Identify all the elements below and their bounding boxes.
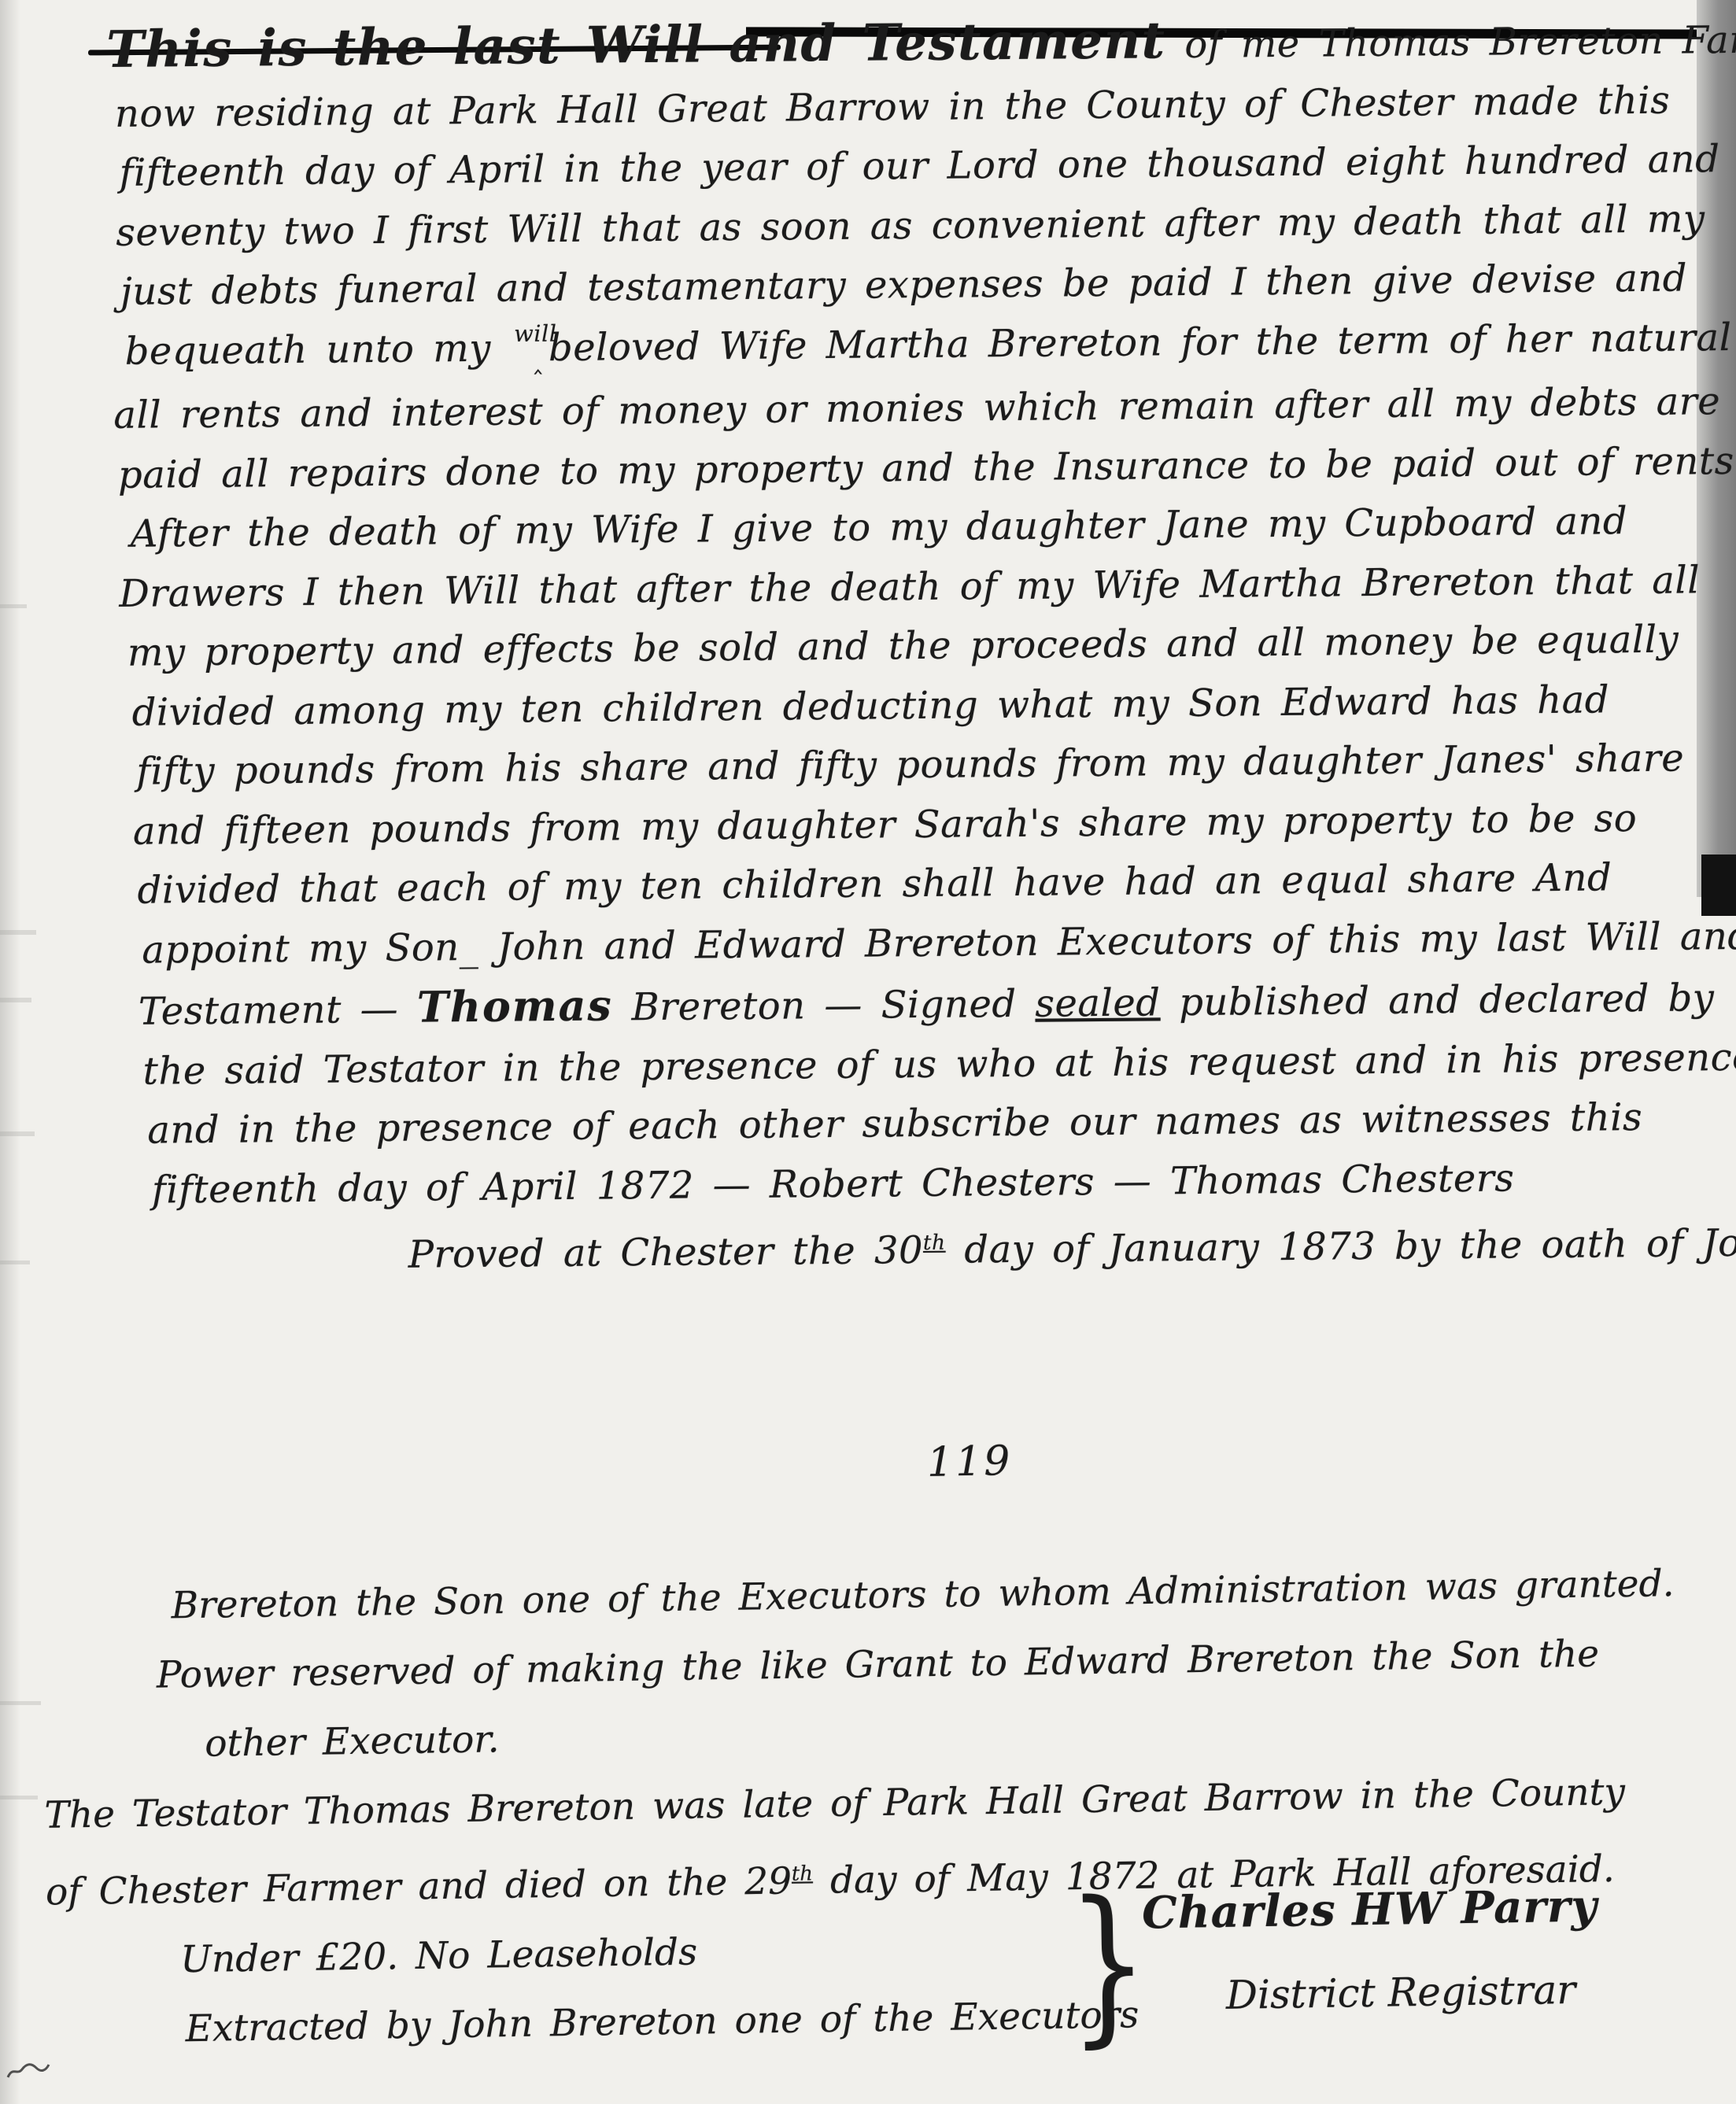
manuscript-text: Brereton the Son one of the Executors to… <box>171 1562 1675 1627</box>
manuscript-text: paid all repairs done to my property and… <box>118 438 1734 496</box>
registrar-title: District Registrar <box>1225 1967 1575 2018</box>
manuscript-line: Proved at Chester the 30th day of Januar… <box>116 1206 1736 1287</box>
manuscript-text: fifty pounds from his share and fifty po… <box>136 736 1684 794</box>
manuscript-text: divided among my ten children deducting … <box>131 677 1609 734</box>
manuscript-text: Brereton — Signed <box>612 982 1035 1030</box>
manuscript-text: all rents and interest of money or monie… <box>113 379 1720 437</box>
manuscript-text: other Executor. <box>205 1718 500 1766</box>
manuscript-text: and fifteen pounds from my daughter Sara… <box>133 796 1638 854</box>
bleed-through-mark <box>0 1261 30 1264</box>
manuscript-text: beloved Wife Martha Brereton for the ter… <box>549 315 1736 370</box>
ink-scribble-mark <box>5 2052 52 2084</box>
manuscript-text: Extracted by John Brereton one of the Ex… <box>185 1993 1139 2050</box>
manuscript-text: just debts funeral and testamentary expe… <box>120 256 1687 313</box>
manuscript-text: fifteenth day of April 1872 — Robert Che… <box>152 1156 1515 1212</box>
manuscript-text: bequeath unto my <box>124 326 509 373</box>
manuscript-text: day of January 1873 by the oath of John. <box>945 1220 1736 1272</box>
manuscript-text: divided that each of my ten children sha… <box>137 855 1612 912</box>
manuscript-text: fifteenth day of April in the year of ou… <box>119 137 1719 195</box>
manuscript-text: Proved at Chester the 30 <box>408 1228 923 1277</box>
manuscript-text: now residing at Park Hall Great Barrow i… <box>115 78 1671 135</box>
document-page: This is the last Will and Testament of m… <box>0 0 1736 2104</box>
manuscript-text: ‸ <box>534 331 543 391</box>
manuscript-text: th <box>923 1231 946 1255</box>
manuscript-text: published and declared by <box>1160 976 1714 1024</box>
brace-mark: } <box>1066 1863 1150 2063</box>
manuscript-text: This is the last Will and Testament <box>106 11 1166 79</box>
manuscript-text: appoint my Son_ John and Edward Brereton… <box>142 914 1736 972</box>
bleed-through-mark <box>0 1131 35 1136</box>
page-number: 119 <box>926 1438 1012 1486</box>
manuscript-text: sealed <box>1035 980 1161 1025</box>
bleed-through-mark <box>0 998 31 1002</box>
manuscript-text: my property and effects be sold and the … <box>127 618 1679 675</box>
manuscript-text: of Chester Farmer and died on the 29 <box>46 1859 792 1914</box>
manuscript-text: the said Testator in the presence of us … <box>142 1035 1736 1093</box>
manuscript-text: Testament — <box>139 987 417 1034</box>
manuscript-text: seventy two I first Will that as soon as… <box>116 197 1705 255</box>
bleed-through-mark <box>0 1796 38 1799</box>
scan-left-shading <box>0 0 20 2104</box>
manuscript-text: The Testator Thomas Brereton was late of… <box>44 1770 1625 1837</box>
manuscript-text: Power reserved of making the like Grant … <box>157 1632 1600 1696</box>
bleed-through-mark <box>0 930 36 935</box>
manuscript-text: and in the presence of each other subscr… <box>147 1095 1642 1153</box>
bleed-through-mark <box>0 604 27 608</box>
manuscript-text: Drawers I then Will that after the death… <box>119 558 1700 616</box>
manuscript-text: of me Thomas Brereton Farmer <box>1165 17 1736 67</box>
testator-signature: Thomas <box>417 980 613 1032</box>
registrar-signature: Charles HW Parry <box>1142 1880 1598 1939</box>
manuscript-text: th <box>792 1862 813 1885</box>
will-text-block: This is the last Will and Testament of m… <box>106 6 1736 1287</box>
manuscript-text: After the death of my Wife I give to my … <box>130 499 1627 556</box>
manuscript-text: Under £20. No Leaseholds <box>180 1930 698 1981</box>
